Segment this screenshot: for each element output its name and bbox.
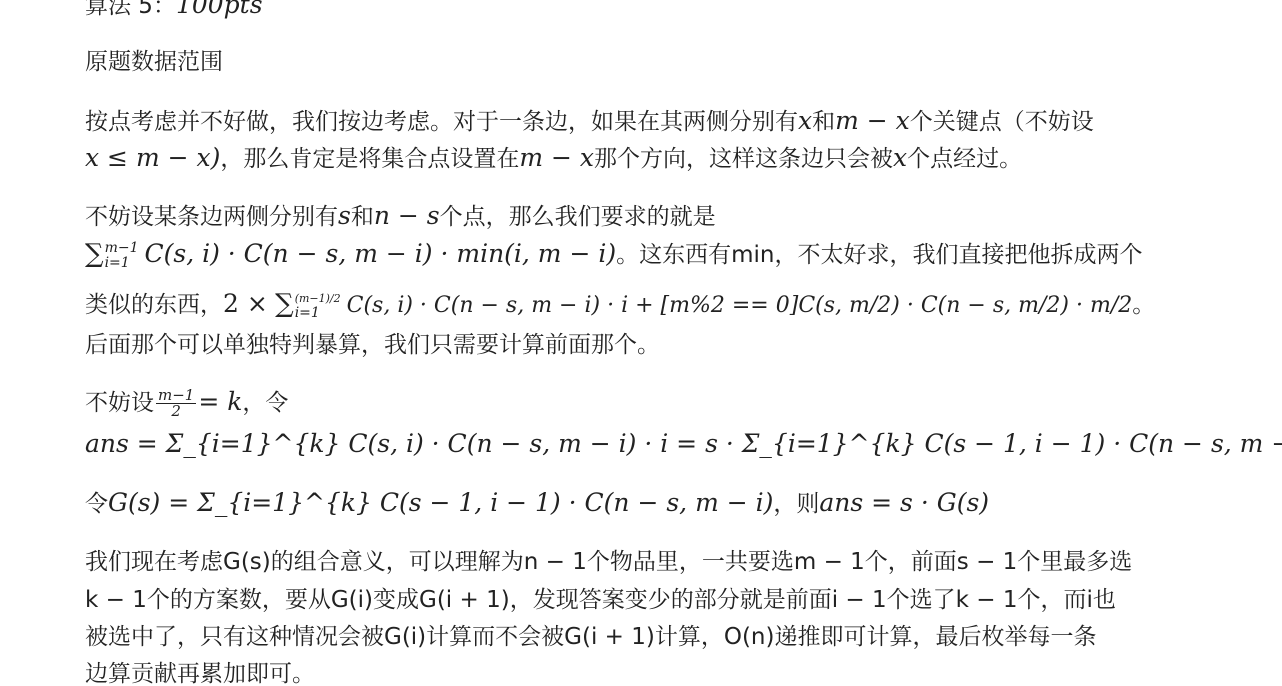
- sum-upper: (m−1)/2: [295, 291, 341, 306]
- paragraph-2-line-1: 不妨设某条边两侧分别有s和n − s个点，那么我们要求的就是: [85, 199, 716, 234]
- text: 。: [1132, 292, 1155, 318]
- text: ，则: [773, 491, 819, 517]
- text: 不妨设某条边两侧分别有: [85, 204, 338, 230]
- paragraph-5-line-4: 边算贡献再累加即可。: [85, 657, 315, 686]
- paragraph-1-line-2: x ≤ m − x)，那么肯定是将集合点设置在m − x那个方向，这样这条边只会…: [85, 141, 1022, 176]
- text: 那个方向，这样这条边只会被: [594, 146, 893, 172]
- paragraph-1-line-1: 按点考虑并不好做，我们按边考虑。对于一条边，如果在其两侧分别有x和m − x个关…: [85, 104, 1094, 139]
- math: G(s) = Σ_{i=1}^{k} C(s − 1, i − 1) · C(n…: [108, 488, 773, 517]
- text: 个点，那么我们要求的就是: [440, 204, 716, 230]
- math: m − x: [835, 106, 910, 135]
- paragraph-5-line-3: 被选中了，只有这种情况会被G(i)计算而不会被G(i + 1)计算，O(n)递推…: [85, 620, 1096, 654]
- math: m − x: [519, 143, 594, 172]
- summation: ∑(m−1)/2i=1: [275, 287, 341, 322]
- sum-lower: i=1: [105, 256, 139, 271]
- text: 个点经过。: [907, 146, 1022, 172]
- paragraph-2-line-4: 后面那个可以单独特判暴算，我们只需要计算前面那个。: [85, 328, 660, 362]
- text: 类似的东西，: [85, 292, 223, 318]
- paragraph-2-line-3: 类似的东西，2 × ∑(m−1)/2i=1C(s, i) · C(n − s, …: [85, 287, 1155, 323]
- math: s: [338, 201, 351, 230]
- summation: ∑m−1i=1: [85, 237, 138, 272]
- heading-math: 100pts: [176, 0, 263, 19]
- sum-lower: i=1: [295, 306, 341, 321]
- math: x: [798, 106, 812, 135]
- math: 2 ×: [223, 289, 268, 318]
- text: ，那么肯定是将集合点设置在: [220, 146, 519, 172]
- paragraph-3-line-2: ans = Σ_{i=1}^{k} C(s, i) · C(n − s, m −…: [85, 427, 1282, 462]
- text: 按点考虑并不好做，我们按边考虑。对于一条边，如果在其两侧分别有: [85, 109, 798, 135]
- denominator: 2: [156, 404, 196, 419]
- paragraph-3-line-1: 不妨设m−12= k，令: [85, 385, 288, 420]
- sum-upper: m−1: [105, 241, 139, 256]
- fraction: m−12: [156, 388, 196, 419]
- text: ，令: [242, 390, 288, 416]
- paragraph-5-line-2: k − 1个的方案数，要从G(i)变成G(i + 1)，发现答案变少的部分就是前…: [85, 583, 1116, 617]
- math: C(s, i) · C(n − s, m − i) · i + [m%2 == …: [347, 293, 1133, 318]
- text: 个关键点（不妨设: [910, 109, 1094, 135]
- section-title: 原题数据范围: [85, 45, 223, 79]
- heading-text: 算法 5：: [85, 0, 176, 19]
- math: = k: [198, 387, 242, 416]
- algorithm-heading: 算法 5：100pts: [85, 0, 263, 23]
- text: 和: [351, 204, 374, 230]
- text: 。这东西有min，不太好求，我们直接把他拆成两个: [616, 242, 1142, 268]
- sigma-icon: ∑: [85, 239, 104, 269]
- paragraph-2-line-2: ∑m−1i=1C(s, i) · C(n − s, m − i) · min(i…: [85, 237, 1142, 272]
- math: x ≤ m − x): [85, 143, 220, 172]
- math: C(s, i) · C(n − s, m − i) · min(i, m − i…: [144, 239, 616, 268]
- math: ans = Σ_{i=1}^{k} C(s, i) · C(n − s, m −…: [85, 429, 1282, 458]
- text: 令: [85, 491, 108, 517]
- math: x: [893, 143, 907, 172]
- math: n − s: [374, 201, 440, 230]
- paragraph-4-line-1: 令G(s) = Σ_{i=1}^{k} C(s − 1, i − 1) · C(…: [85, 486, 989, 521]
- text: 和: [812, 109, 835, 135]
- math: ans = s · G(s): [819, 488, 989, 517]
- paragraph-5-line-1: 我们现在考虑G(s)的组合意义，可以理解为n − 1个物品里，一共要选m − 1…: [85, 545, 1132, 579]
- sigma-icon: ∑: [275, 289, 294, 319]
- text: 不妨设: [85, 390, 154, 416]
